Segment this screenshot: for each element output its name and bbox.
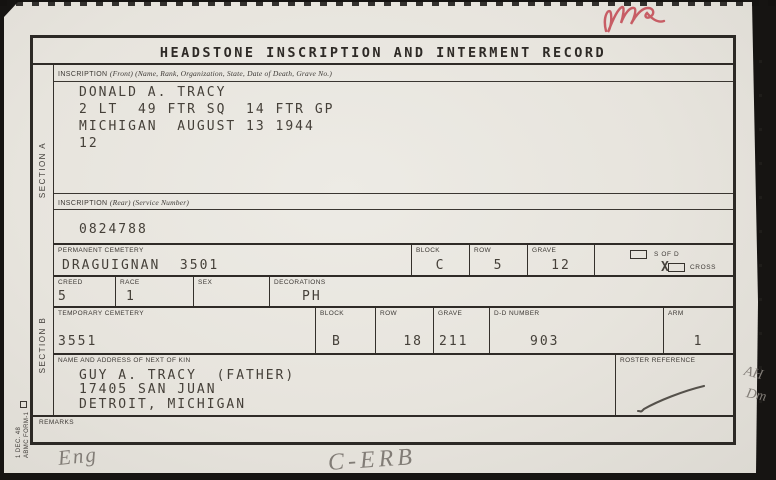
next-of-kin-cell: NAME AND ADDRESS OF NEXT OF KIN GUY A. T… (54, 355, 615, 415)
card-edge-dots (759, 60, 762, 420)
sex-label: SEX (198, 279, 212, 286)
arm-cell: ARM 1 (663, 308, 733, 353)
decorations-cell: DECORATIONS PH (269, 277, 733, 306)
row-cell-a: ROW 5 (469, 245, 527, 275)
kin-line-1: GUY A. TRACY (FATHER) (79, 368, 295, 383)
decorations-label: DECORATIONS (274, 279, 326, 286)
roster-reference-cell: ROSTER REFERENCE (615, 355, 733, 415)
block-label-b: BLOCK (320, 310, 344, 317)
inscription-line-1: DONALD A. TRACY (79, 85, 226, 100)
dd-number-label: D-D NUMBER (494, 310, 540, 317)
cross-checkbox (668, 263, 685, 272)
grave-label-b: GRAVE (438, 310, 462, 317)
grave-value-b: 211 (439, 334, 468, 349)
grave-label-a: GRAVE (532, 247, 556, 254)
temporary-cemetery-value: 3551 (58, 334, 97, 349)
roster-reference-label: ROSTER REFERENCE (620, 357, 695, 364)
permanent-cemetery-cell: PERMANENT CEMETERY DRAGUIGNAN 3501 (54, 245, 411, 275)
creed-row: CREED 5 RACE 1 SEX DECORATIONS PH (54, 275, 733, 306)
grave-cell-b: GRAVE 211 (433, 308, 489, 353)
arm-value: 1 (664, 334, 733, 349)
inscription-line-3: MICHIGAN AUGUST 13 1944 (79, 119, 315, 134)
form-number-lines: 1 DEC. 48 ABMC FORM-1 (15, 412, 31, 458)
inscription-front-header: INSCRIPTION (Front) (Name, Rank, Organiz… (54, 65, 733, 82)
creed-value: 5 (58, 289, 68, 304)
permanent-cemetery-value: DRAGUIGNAN 3501 (62, 258, 219, 273)
title-band: HEADSTONE INSCRIPTION AND INTERMENT RECO… (33, 38, 733, 65)
race-cell: RACE 1 (115, 277, 193, 306)
inscription-front-field: DONALD A. TRACY 2 LT 49 FTR SQ 14 FTR GP… (54, 82, 733, 193)
next-of-kin-label: NAME AND ADDRESS OF NEXT OF KIN (58, 357, 191, 364)
scanned-record: HEADSTONE INSCRIPTION AND INTERMENT RECO… (0, 0, 776, 480)
dd-number-value: 903 (530, 334, 559, 349)
creed-cell: CREED 5 (54, 277, 115, 306)
decorations-value: PH (302, 289, 322, 304)
grave-cell-a: GRAVE 12 (527, 245, 594, 275)
temporary-cemetery-label: TEMPORARY CEMETERY (58, 310, 144, 317)
form-title: HEADSTONE INSCRIPTION AND INTERMENT RECO… (33, 45, 733, 61)
cross-label: CROSS (690, 264, 716, 271)
service-number-value: 0824788 (79, 222, 148, 237)
permanent-cemetery-row: PERMANENT CEMETERY DRAGUIGNAN 3501 BLOCK… (54, 243, 733, 275)
remarks-row: REMARKS (33, 415, 733, 442)
inscription-line-2: 2 LT 49 FTR SQ 14 FTR GP (79, 102, 335, 117)
inscription-rear-label-detail: (Rear) (Service Number) (110, 198, 189, 207)
inscription-rear-label-caps: INSCRIPTION (58, 200, 108, 207)
row-cell-b: ROW 18 (375, 308, 433, 353)
kin-line-2: 17405 SAN JUAN (79, 382, 217, 397)
inscription-front-label: INSCRIPTION (Front) (Name, Rank, Organiz… (58, 69, 332, 78)
section-b-label: SECTION B (38, 305, 50, 385)
section-a-label: SECTION A (38, 130, 50, 210)
form-number-checkbox (20, 401, 27, 408)
form-number-date: 1 DEC. 48 (15, 412, 23, 458)
s-of-d-checkbox (630, 250, 647, 259)
kin-line-3: DETROIT, MICHIGAN (79, 397, 246, 412)
block-cell-b: BLOCK B (315, 308, 375, 353)
remarks-label: REMARKS (39, 419, 74, 426)
sex-cell: SEX (193, 277, 269, 306)
temporary-cemetery-cell: TEMPORARY CEMETERY 3551 (54, 308, 315, 353)
inscription-rear-field: 0824788 (54, 210, 733, 243)
grave-value-a: 12 (528, 258, 594, 273)
pencil-check-mark (628, 383, 718, 415)
inscription-rear-label: INSCRIPTION (Rear) (Service Number) (58, 198, 189, 207)
dd-number-cell: D-D NUMBER 903 (489, 308, 663, 353)
block-value-b: B (332, 334, 342, 349)
permanent-cemetery-label: PERMANENT CEMETERY (58, 247, 144, 254)
inscription-rear-header: INSCRIPTION (Rear) (Service Number) (54, 193, 733, 210)
race-value: 1 (126, 289, 136, 304)
block-value-a: C (412, 258, 469, 273)
pencil-initials-bottom-left: Eng (57, 442, 99, 471)
inscription-line-4: 12 (79, 136, 99, 151)
headstone-form: HEADSTONE INSCRIPTION AND INTERMENT RECO… (30, 35, 736, 445)
inscription-front-label-caps: INSCRIPTION (58, 71, 108, 78)
row-value-a: 5 (470, 258, 527, 273)
row-label-a: ROW (474, 247, 491, 254)
row-label-b: ROW (380, 310, 397, 317)
arm-label: ARM (668, 310, 684, 317)
emblem-cell: S OF D X CROSS (594, 245, 733, 275)
creed-label: CREED (58, 279, 83, 286)
red-ink-scribble (598, 3, 684, 37)
s-of-d-label: S OF D (654, 251, 679, 258)
race-label: RACE (120, 279, 140, 286)
next-of-kin-row: NAME AND ADDRESS OF NEXT OF KIN GUY A. T… (54, 353, 733, 415)
form-number-block: 1 DEC. 48 ABMC FORM-1 (12, 380, 34, 458)
temporary-cemetery-row: TEMPORARY CEMETERY 3551 BLOCK B ROW 18 G… (54, 306, 733, 353)
block-cell-a: BLOCK C (411, 245, 469, 275)
form-number-id: ABMC FORM-1 (23, 412, 31, 458)
inscription-front-label-detail: (Front) (Name, Rank, Organization, State… (110, 69, 332, 78)
row-value-b: 18 (403, 334, 423, 349)
block-label-a: BLOCK (416, 247, 440, 254)
